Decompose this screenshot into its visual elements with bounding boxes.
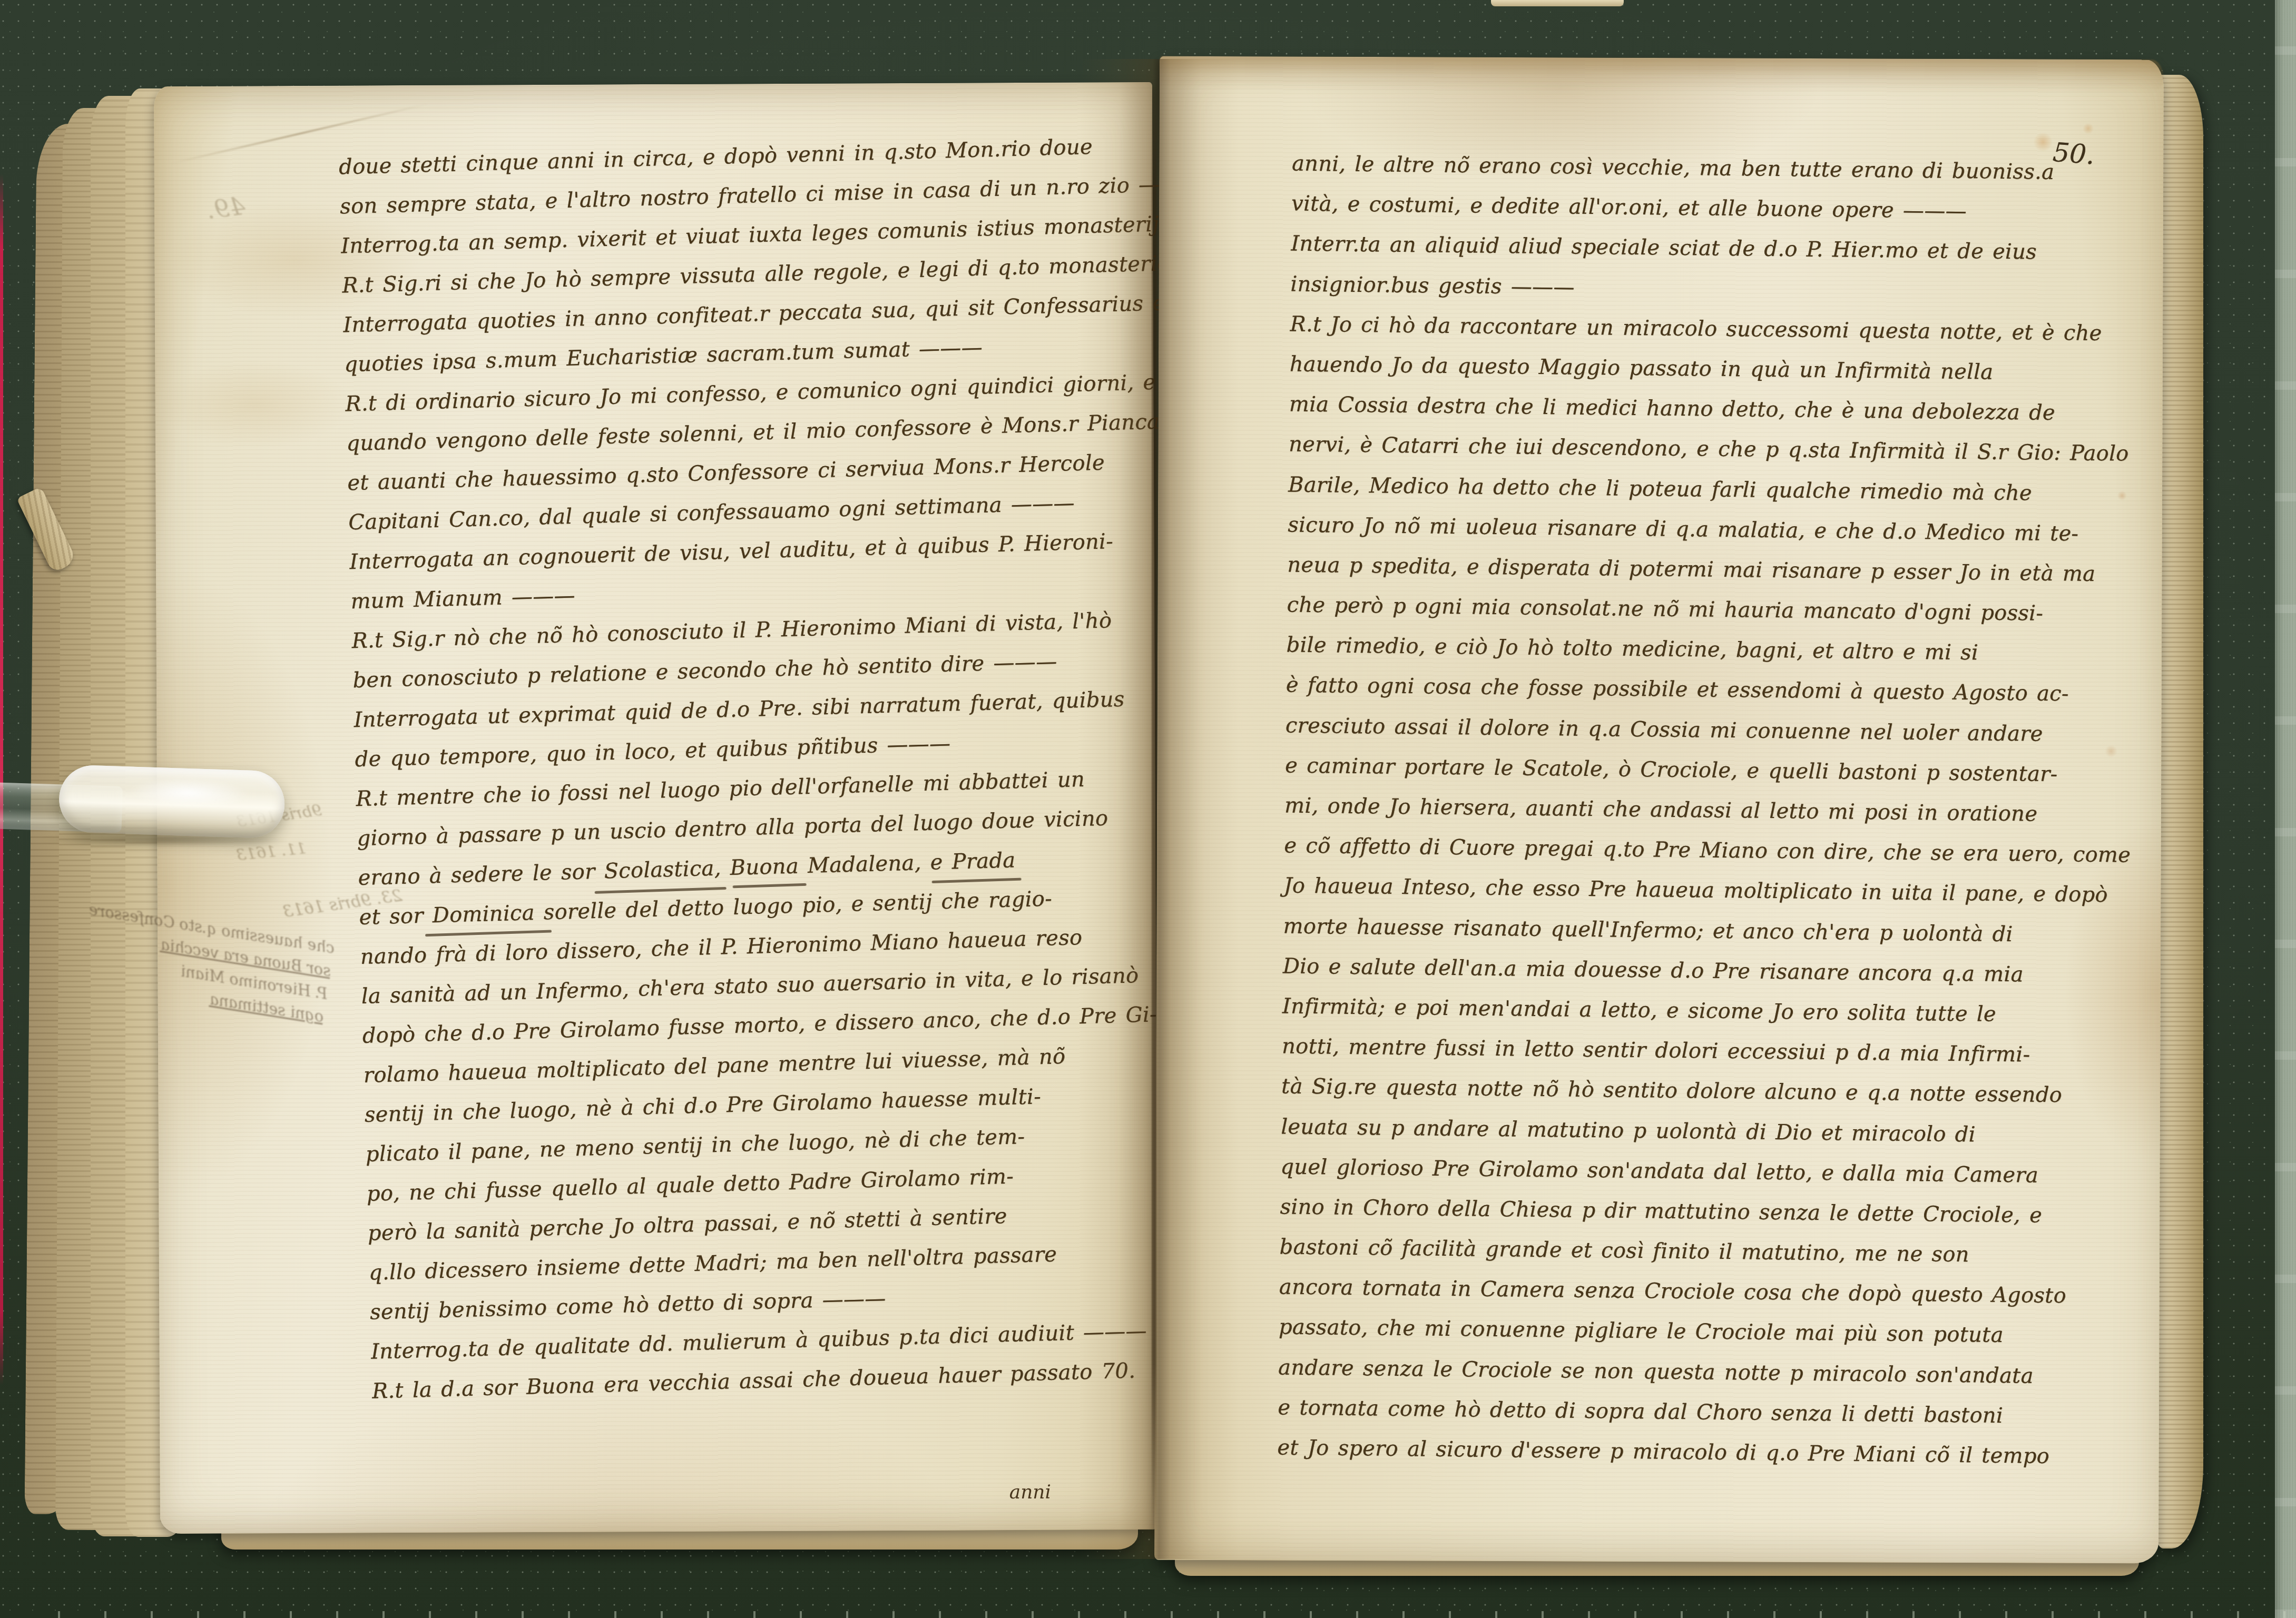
scanner-side-band <box>2275 0 2296 1618</box>
glass-weight-head <box>58 764 286 838</box>
fore-edge-stack-right <box>2156 75 2203 1548</box>
right-page-text: anni, le altre nõ erano così vecchie, ma… <box>1277 152 2138 1485</box>
folio-number: 50. <box>2052 137 2096 171</box>
right-page: anni, le altre nõ erano così vecchie, ma… <box>1154 56 2164 1564</box>
gutter-line <box>1152 79 1156 1539</box>
ghost-folio-number: 49. <box>205 192 247 225</box>
manuscript-scan: doue stetti cinque anni in circa, e dopò… <box>0 0 2296 1618</box>
top-edge-sliver <box>1491 0 1624 6</box>
glass-weight <box>0 760 292 849</box>
catchword: anni <box>1009 1482 1052 1503</box>
left-page-text: doue stetti cinque anni in circa, e dopò… <box>339 133 1208 1419</box>
scanner-ruler-ticks <box>0 1611 2296 1618</box>
